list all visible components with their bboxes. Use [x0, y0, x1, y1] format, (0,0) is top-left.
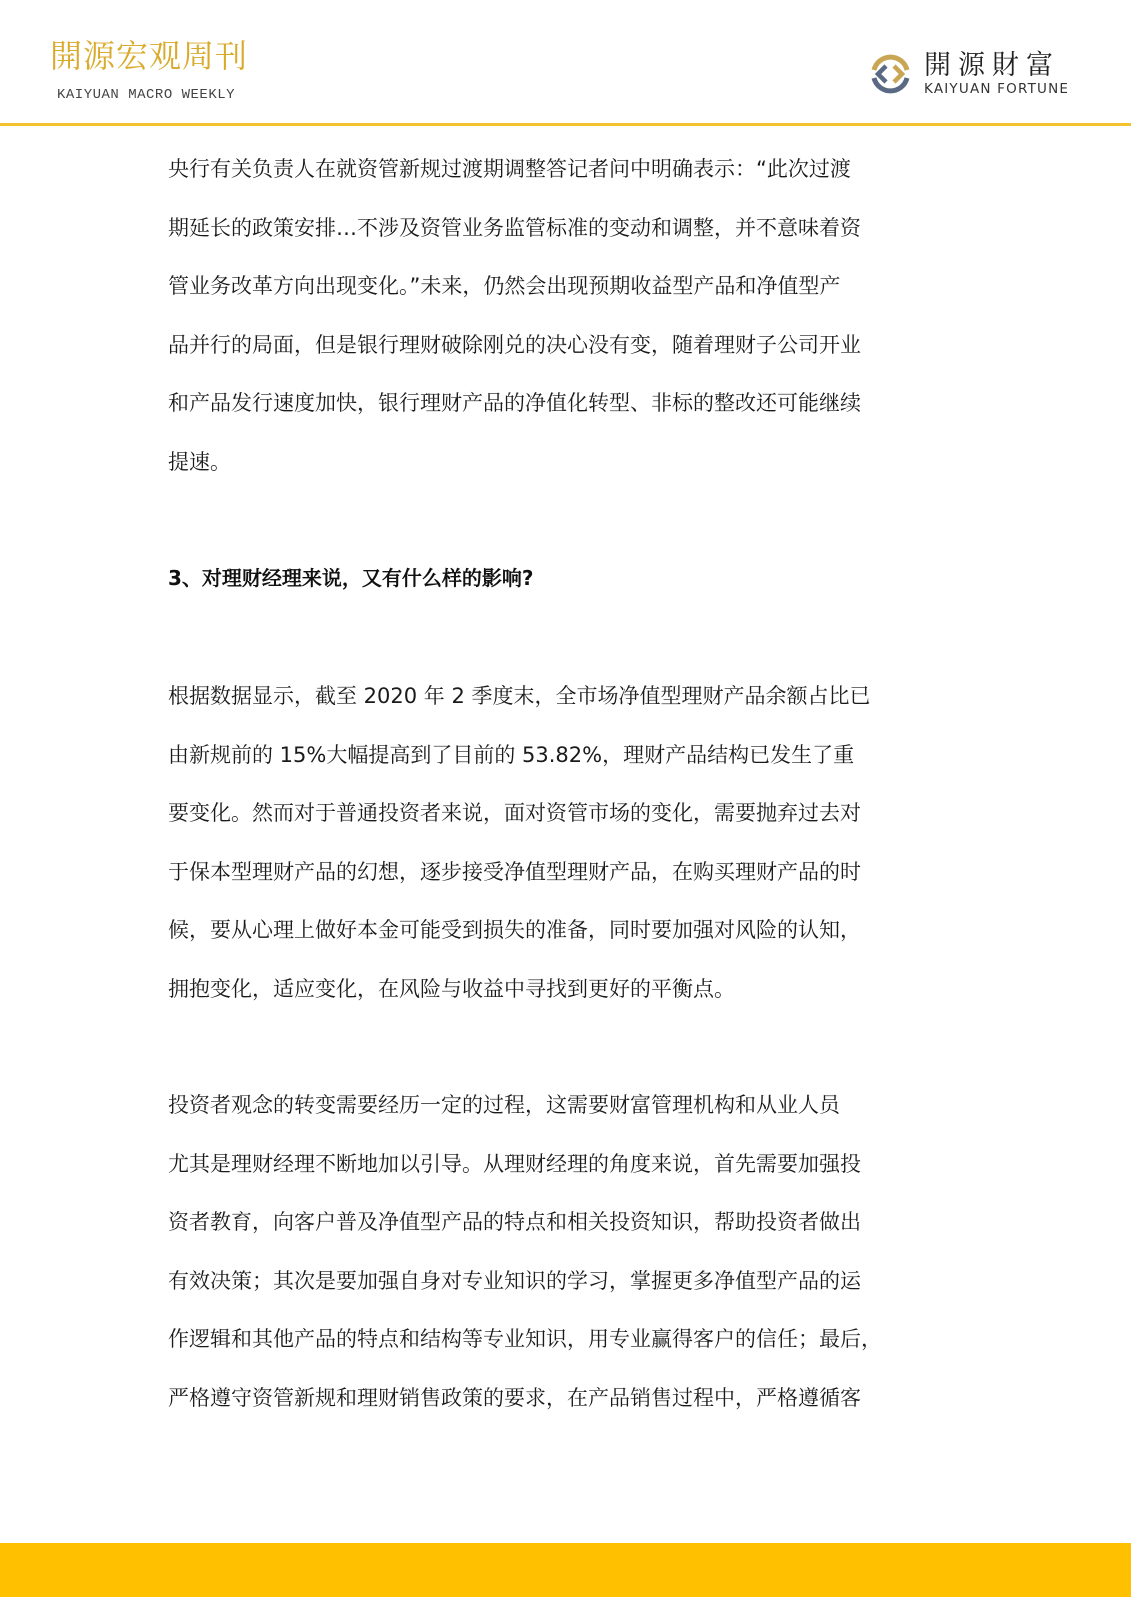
- text-line: 拥抱变化，适应变化，在风险与收益中寻找到更好的平衡点。: [168, 960, 958, 1019]
- publication-subtitle: KAIYUAN MACRO WEEKLY: [57, 88, 235, 102]
- publication-title: 開源宏观周刊: [50, 40, 248, 72]
- text-line: 严格遵守资管新规和理财销售政策的要求，在产品销售过程中，严格遵循客: [168, 1369, 958, 1428]
- paragraph-advisor-role: 投资者观念的转变需要经历一定的过程，这需要财富管理机构和从业人员 尤其是理财经理…: [168, 1076, 958, 1427]
- text-line: 由新规前的 15%大幅提高到了目前的 53.82%，理财产品结构已发生了重: [168, 726, 958, 785]
- header-divider: [0, 123, 1131, 126]
- text-line: 要变化。然而对于普通投资者来说，面对资管市场的变化，需要抛弃过去对: [168, 784, 958, 843]
- text-line: 央行有关负责人在就资管新规过渡期调整答记者问中明确表示：“此次过渡: [168, 140, 958, 199]
- paragraph-policy-statement: 央行有关负责人在就资管新规过渡期调整答记者问中明确表示：“此次过渡 期延长的政策…: [168, 140, 958, 491]
- text-line: 尤其是理财经理不断地加以引导。从理财经理的角度来说，首先需要加强投: [168, 1135, 958, 1194]
- logo-name-cn: 開源財富: [924, 52, 1069, 79]
- kaiyuan-fortune-logo: 開源財富 KAIYUAN FORTUNE: [866, 50, 1069, 98]
- text-line: 根据数据显示，截至 2020 年 2 季度末，全市场净值型理财产品余额占比已: [168, 667, 958, 726]
- paragraph-market-data: 根据数据显示，截至 2020 年 2 季度末，全市场净值型理财产品余额占比已 由…: [168, 667, 958, 1018]
- text-line: 有效决策；其次是要加强自身对专业知识的学习，掌握更多净值型产品的运: [168, 1252, 958, 1311]
- text-line: 候，要从心理上做好本金可能受到损失的准备，同时要加强对风险的认知，: [168, 901, 958, 960]
- text-line: 于保本型理财产品的幻想，逐步接受净值型理财产品，在购买理财产品的时: [168, 843, 958, 902]
- footer-bar: [0, 1543, 1131, 1597]
- text-line: 投资者观念的转变需要经历一定的过程，这需要财富管理机构和从业人员: [168, 1076, 958, 1135]
- kaiyuan-logo-icon: [866, 50, 914, 98]
- article-body: 央行有关负责人在就资管新规过渡期调整答记者问中明确表示：“此次过渡 期延长的政策…: [168, 140, 958, 1427]
- logo-name-en: KAIYUAN FORTUNE: [924, 83, 1069, 97]
- text-line: 作逻辑和其他产品的特点和结构等专业知识，用专业赢得客户的信任；最后，: [168, 1310, 958, 1369]
- text-line: 和产品发行速度加快，银行理财产品的净值化转型、非标的整改还可能继续: [168, 374, 958, 433]
- section-heading: 3、对理财经理来说，又有什么样的影响?: [168, 549, 958, 607]
- text-line: 资者教育，向客户普及净值型产品的特点和相关投资知识，帮助投资者做出: [168, 1193, 958, 1252]
- text-line: 期延长的政策安排…不涉及资管业务监管标准的变动和调整，并不意味着资: [168, 199, 958, 258]
- text-line: 提速。: [168, 433, 958, 492]
- text-line: 品并行的局面，但是银行理财破除刚兑的决心没有变，随着理财子公司开业: [168, 316, 958, 375]
- page-header: 開源宏观周刊 KAIYUAN MACRO WEEKLY 開源財富 KAIYUAN…: [0, 0, 1131, 126]
- text-line: 管业务改革方向出现变化。”未来，仍然会出现预期收益型产品和净值型产: [168, 257, 958, 316]
